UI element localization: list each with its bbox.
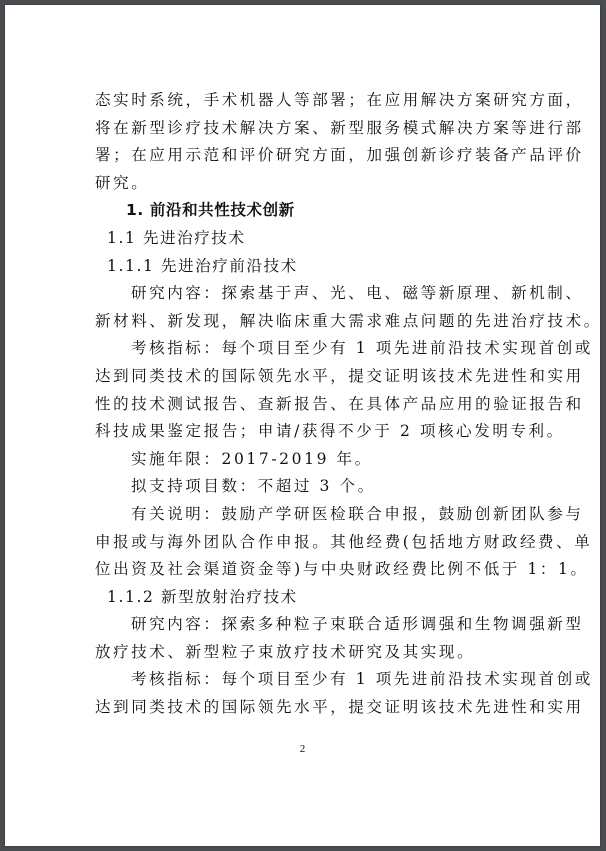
page-number: 2: [5, 743, 600, 755]
project-count-line: 拟支持项目数：不超过 3 个。: [95, 473, 521, 501]
page-content: 态实时系统，手术机器人等部署；在应用解决方案研究方面， 将在新型诊疗技术解决方案…: [95, 87, 521, 722]
assessment-indicator-line: 考核指标：每个项目至少有 1 项先进前沿技术实现首创或: [95, 666, 521, 694]
research-content-line: 研究内容：探索多种粒子束联合适形调强和生物调强新型: [95, 611, 521, 639]
section-heading-1-1-2: 1.1.2 新型放射治疗技术: [95, 584, 521, 612]
body-line: 署；在应用示范和评价研究方面，加强创新诊疗装备产品评价: [95, 142, 521, 170]
body-line: 研究。: [95, 170, 521, 198]
body-line: 申报或与海外团队合作申报。其他经费(包括地方财政经费、单: [95, 529, 521, 557]
body-line: 将在新型诊疗技术解决方案、新型服务模式解决方案等进行部: [95, 115, 521, 143]
body-line: 态实时系统，手术机器人等部署；在应用解决方案研究方面，: [95, 87, 521, 115]
body-line: 科技成果鉴定报告；申请/获得不少于 2 项核心发明专利。: [95, 418, 521, 446]
research-content-line: 研究内容：探索基于声、光、电、磁等新原理、新机制、: [95, 280, 521, 308]
assessment-indicator-line: 考核指标：每个项目至少有 1 项先进前沿技术实现首创或: [95, 335, 521, 363]
body-line: 位出资及社会渠道资金等)与中央财政经费比例不低于 1：1。: [95, 556, 521, 584]
body-line: 达到同类技术的国际领先水平，提交证明该技术先进性和实用: [95, 363, 521, 391]
section-heading-1-1: 1.1 先进治疗技术: [95, 225, 521, 253]
section-heading-1: 1. 前沿和共性技术创新: [95, 197, 521, 225]
document-page: 态实时系统，手术机器人等部署；在应用解决方案研究方面， 将在新型诊疗技术解决方案…: [5, 5, 600, 846]
body-line: 性的技术测试报告、查新报告、在具体产品应用的验证报告和: [95, 391, 521, 419]
section-heading-1-1-1: 1.1.1 先进治疗前沿技术: [95, 253, 521, 281]
body-line: 新材料、新发现，解决临床重大需求难点问题的先进治疗技术。: [95, 308, 521, 336]
body-line: 达到同类技术的国际领先水平，提交证明该技术先进性和实用: [95, 694, 521, 722]
notes-line: 有关说明：鼓励产学研医检联合申报，鼓励创新团队参与: [95, 501, 521, 529]
implementation-period-line: 实施年限：2017-2019 年。: [95, 446, 521, 474]
body-line: 放疗技术、新型粒子束放疗技术研究及其实现。: [95, 639, 521, 667]
